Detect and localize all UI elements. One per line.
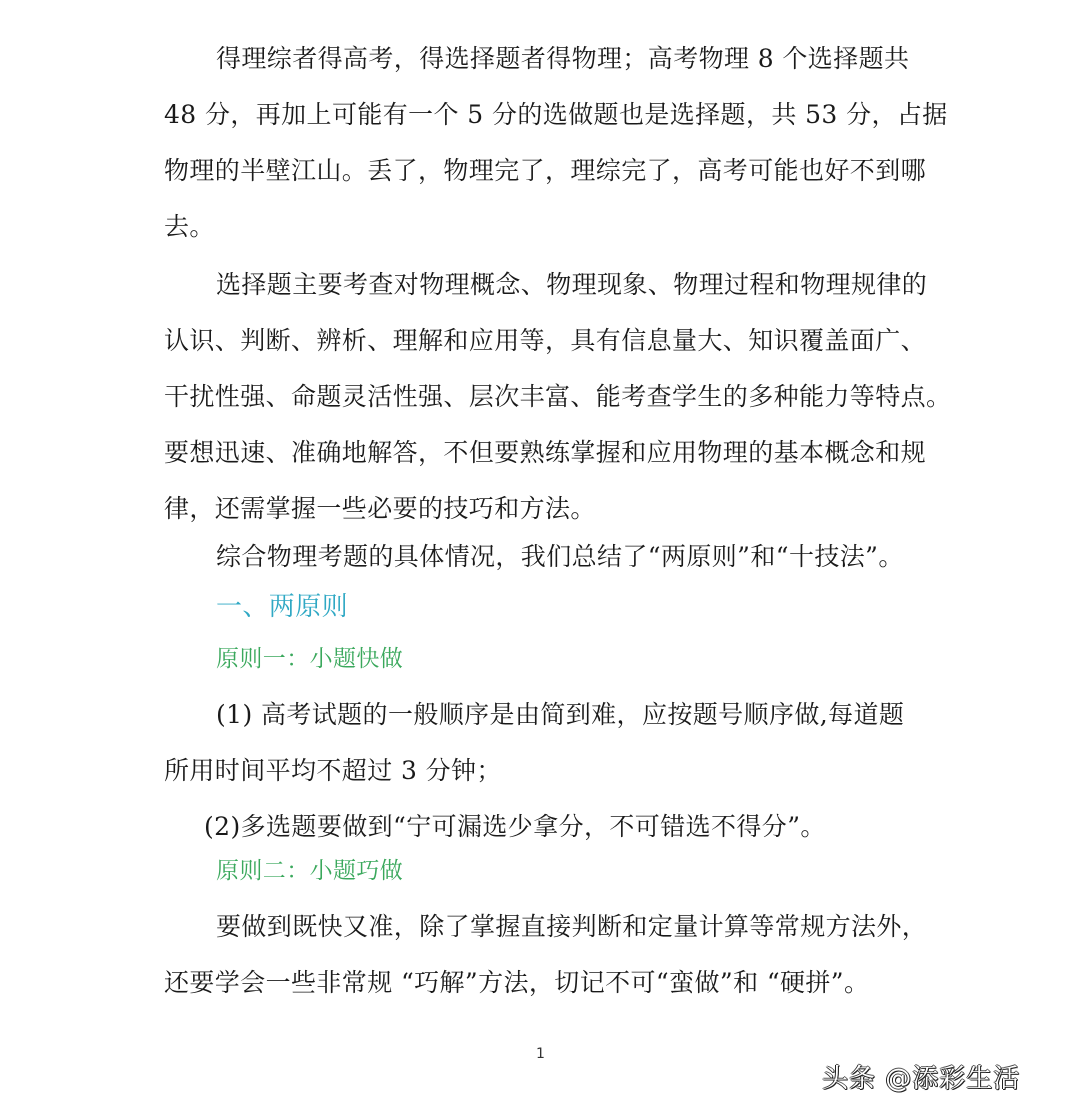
watermark: 头条 @添彩生活 bbox=[822, 1058, 1020, 1095]
paragraph1-line4: 去。 bbox=[164, 210, 924, 244]
principle1-heading: 原则一：小题快做 bbox=[216, 642, 976, 676]
principle1-item1-line2: 所用时间平均不超过 3 分钟； bbox=[164, 754, 924, 788]
paragraph1-line1: 得理综者得高考，得选择题者得物理；高考物理 8 个选择题共 bbox=[216, 42, 976, 76]
section-heading: 一、两原则 bbox=[216, 590, 976, 624]
paragraph1-line3: 物理的半壁江山。丢了，物理完了，理综完了，高考可能也好不到哪 bbox=[164, 154, 924, 188]
paragraph2-line1: 选择题主要考查对物理概念、物理现象、物理过程和物理规律的 bbox=[216, 268, 976, 302]
principle1-item2: (2)多选题要做到“宁可漏选少拿分，不可错选不得分”。 bbox=[204, 810, 964, 844]
paragraph2-line4: 要想迅速、准确地解答，不但要熟练掌握和应用物理的基本概念和规 bbox=[164, 436, 924, 470]
document-page: 得理综者得高考，得选择题者得物理；高考物理 8 个选择题共 48 分，再加上可能… bbox=[0, 0, 1080, 1115]
paragraph2-line5: 律，还需掌握一些必要的技巧和方法。 bbox=[164, 492, 924, 526]
paragraph3: 综合物理考题的具体情况，我们总结了“两原则”和“十技法”。 bbox=[216, 540, 976, 574]
paragraph1-line2: 48 分，再加上可能有一个 5 分的选做题也是选择题，共 53 分，占据 bbox=[164, 98, 924, 132]
page-number: 1 bbox=[536, 1046, 545, 1062]
principle2-heading: 原则二：小题巧做 bbox=[216, 854, 976, 888]
principle2-line1: 要做到既快又准，除了掌握直接判断和定量计算等常规方法外， bbox=[216, 910, 976, 944]
principle2-line2: 还要学会一些非常规 “巧解”方法，切记不可“蛮做”和 “硬拼”。 bbox=[164, 966, 924, 1000]
principle1-item1-line1: (1) 高考试题的一般顺序是由简到难，应按题号顺序做,每道题 bbox=[216, 698, 976, 732]
paragraph2-line3: 干扰性强、命题灵活性强、层次丰富、能考查学生的多种能力等特点。 bbox=[164, 380, 924, 414]
paragraph2-line2: 认识、判断、辨析、理解和应用等，具有信息量大、知识覆盖面广、 bbox=[164, 324, 924, 358]
